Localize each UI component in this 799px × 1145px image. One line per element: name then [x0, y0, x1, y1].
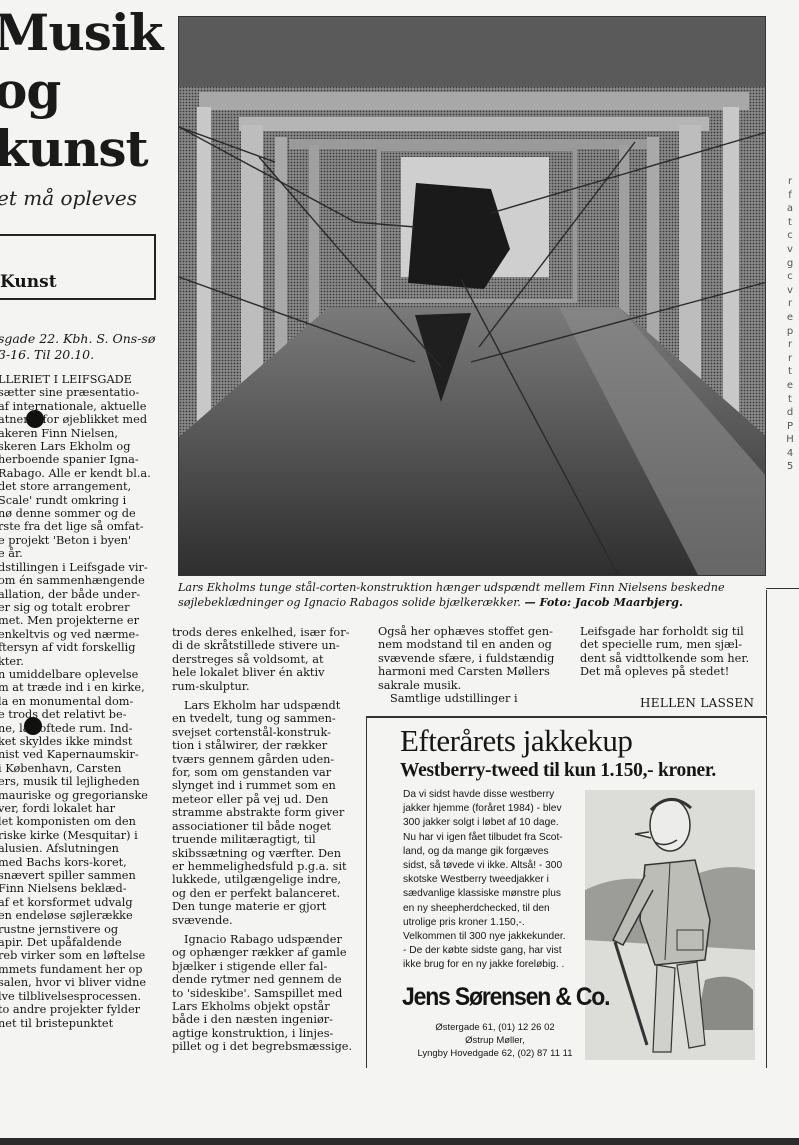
adjacent-column-fragment: rfatcvgcvreprrtetdPH45: [784, 175, 796, 474]
article-text-line: af et korsformet udvalg: [0, 896, 156, 909]
man-with-cane-icon: [585, 790, 755, 1060]
article-text-line: associationer til både noget: [172, 820, 364, 833]
article-text-line: dent så vidttolkende som her.: [580, 652, 770, 665]
article-text-line: Det må opleves på stedet!: [580, 665, 770, 678]
article-text-line: Rabago. Alle er kendt bl.a.: [0, 467, 156, 480]
article-text-line: skeren Lars Ekholm og: [0, 440, 156, 453]
article-text-line: la en monumental dom-: [0, 695, 156, 708]
ad-text-line: Velkommen til 300 nye jakkekunder.: [403, 930, 593, 944]
article-text-line: Leifsgade har forholdt sig til: [580, 625, 770, 638]
article-text-line: rum-skulptur.: [172, 680, 364, 693]
article-text-line: ftersyn af vidt forskellig: [0, 641, 156, 654]
article-text-line: med Bachs kors-koret,: [0, 856, 156, 869]
fragment-char: p: [784, 325, 796, 339]
fragment-char: f: [784, 189, 796, 203]
ad-text-line: Da vi sidst havde disse westberry: [403, 788, 593, 802]
fragment-char: g: [784, 257, 796, 271]
article-text-line: akeren Finn Nielsen,: [0, 427, 156, 440]
article-text-line: det store arrangement,: [0, 480, 156, 493]
article-text-line: svævende sfære, i fuldstændig: [378, 652, 573, 665]
article-text-line: er sig og totalt erobrer: [0, 601, 156, 614]
store-logo: Jens Sørensen & Co.: [402, 983, 609, 1012]
ad-illustration: [585, 790, 755, 1060]
article-text-line: nist ved Kapernaumskir-: [0, 748, 156, 761]
article-text-line: for, som om genstanden var: [172, 766, 364, 779]
article-text-line: n umiddelbare oplevelse: [0, 668, 156, 681]
article-text-line: Scale' rundt omkring i: [0, 494, 156, 507]
ad-text-line: land, og da mange gik forgæves: [403, 845, 593, 859]
article-headline: Musik og kunst: [0, 4, 163, 178]
article-text-line: met. Men projekterne er: [0, 614, 156, 627]
article-fourth-column: Leifsgade har forholdt sig tildet specie…: [580, 625, 770, 679]
article-text-line: stramme abstrakte form giver: [172, 806, 364, 819]
ad-text-line: Nu har vi igen fået tilbudet fra Scot-: [403, 831, 593, 845]
fragment-char: r: [784, 338, 796, 352]
ad-title: Efterårets jakkekup: [400, 724, 632, 758]
article-text-line: tion i stålwirer, der rækker: [172, 739, 364, 752]
fragment-char: a: [784, 202, 796, 216]
article-text-line: om én sammenhængende: [0, 574, 156, 587]
article-text-line: sakrale musik.: [378, 679, 573, 692]
print-blot-icon: [24, 717, 42, 735]
article-text-line: slynget ind i rummet som en: [172, 779, 364, 792]
article-text-line: Lars Ekholm har udspændt: [172, 699, 364, 712]
article-text-line: nø denne sommer og de: [0, 507, 156, 520]
article-text-line: harmoni med Carsten Møllers: [378, 665, 573, 678]
article-text-line: alusien. Afslutningen: [0, 842, 156, 855]
article-text-line: mauriske og gregorianske: [0, 789, 156, 802]
section-label: Kunst: [0, 272, 57, 292]
sculpture-photo-icon: [179, 17, 766, 576]
fragment-char: t: [784, 216, 796, 230]
store-addresses: Østergade 61, (01) 12 26 02 Østrup Mølle…: [400, 1021, 590, 1060]
article-text-line: en endeløse søjlerække: [0, 909, 156, 922]
fragment-char: v: [784, 243, 796, 257]
article-text-line: reb virker som en løftelse: [0, 949, 156, 962]
article-text-line: trods deres enkelhed, især for-: [172, 626, 364, 639]
ad-text-line: sædvanlige klassiske mønstre plus: [403, 887, 593, 901]
article-text-line: mmets fundament her op: [0, 963, 156, 976]
article-text-line: lve tilblivelsesprocessen.: [0, 990, 156, 1003]
ad-text-line: skotske Westberry tweedjakker i: [403, 873, 593, 887]
article-text-line: meteor eller på vej ud. Den: [172, 793, 364, 806]
exhibition-address: sgade 22. Kbh. S. Ons-sø 3-16. Til 20.10…: [0, 331, 163, 363]
ad-body-text: Da vi sidst havde disse westberryjakker …: [403, 788, 593, 973]
article-text-line: af internationale, aktuelle: [0, 400, 156, 413]
article-text-line: m at træde ind i en kirke,: [0, 681, 156, 694]
article-text-line: både i den næsten ingeniør-: [172, 1013, 364, 1026]
article-text-line: net til bristepunktet: [0, 1017, 156, 1030]
article-text-line: Ignacio Rabago udspænder: [172, 933, 364, 946]
article-text-line: rste fra det lige så omfat-: [0, 520, 156, 533]
address-line: sgade 22. Kbh. S. Ons-sø: [0, 331, 163, 347]
fragment-char: H: [784, 433, 796, 447]
article-text-line: pillet og i det begrebsmæssige.: [172, 1040, 364, 1053]
article-text-line: Den tunge materie er gjort: [172, 900, 364, 913]
article-text-line: og ophænger rækker af gamle: [172, 946, 364, 959]
article-text-line: sætter sine præsentatio-: [0, 386, 156, 399]
headline-line-2: og: [0, 62, 163, 120]
article-text-line: Samtlige udstillinger i: [378, 692, 573, 705]
article-text-line: derstreges så voldsomt, at: [172, 653, 364, 666]
article-text-line: tværs gennem gården uden-: [172, 753, 364, 766]
article-text-line: let komponisten om den: [0, 815, 156, 828]
article-text-line: og den er perfekt balanceret.: [172, 887, 364, 900]
article-text-line: apir. Det upåfaldende: [0, 936, 156, 949]
article-text-line: svævende.: [172, 914, 364, 927]
article-text-line: snævert spiller sammen: [0, 869, 156, 882]
headline-line-1: Musik: [0, 4, 163, 62]
fragment-char: r: [784, 297, 796, 311]
article-text-line: det specielle rum, men sjæl-: [580, 638, 770, 651]
fragment-char: e: [784, 379, 796, 393]
article-left-column: LLERIET I LEIFSGADEsætter sine præsentat…: [0, 373, 156, 1030]
article-text-line: e trods det relativt be-: [0, 708, 156, 721]
section-info-box: Kunst: [0, 234, 156, 300]
fragment-char: d: [784, 406, 796, 420]
article-text-line: salen, hvor vi bliver vidne: [0, 976, 156, 989]
article-subheadline: et må opleves: [0, 186, 137, 210]
article-middle-column: trods deres enkelhed, især for-di de skr…: [172, 626, 364, 1054]
article-text-line: rustne jernstivere og: [0, 923, 156, 936]
article-text-line: Lars Ekholms objekt opstår: [172, 1000, 364, 1013]
article-text-line: di de skråtstillede stivere un-: [172, 639, 364, 652]
article-text-line: lukkede, utilgængelige indre,: [172, 873, 364, 886]
fragment-char: r: [784, 175, 796, 189]
article-text-line: er hemmelighedsfuld p.g.a. sit: [172, 860, 364, 873]
article-text-line: i København, Carsten: [0, 762, 156, 775]
article-text-line: bjælker i stigende eller fal-: [172, 960, 364, 973]
headline-line-3: kunst: [0, 120, 163, 178]
address-line: 3-16. Til 20.10.: [0, 347, 163, 363]
ad-border-right: [766, 716, 767, 1068]
article-text-line: truende militæragtigt, til: [172, 833, 364, 846]
article-text-line: atnere, for øjeblikket med: [0, 413, 156, 426]
store-address-line: Lyngby Hovedgade 62, (02) 87 11 11: [400, 1047, 590, 1060]
ad-subtitle: Westberry-tweed til kun 1.150,- kroner.: [400, 760, 716, 782]
article-text-line: kter.: [0, 655, 156, 668]
ad-text-line: 300 jakker solgt i løbet af 10 dage.: [403, 816, 593, 830]
article-text-line: ket skyldes ikke mindst: [0, 735, 156, 748]
article-text-line: enkeltvis og ved nærme-: [0, 628, 156, 641]
ad-text-line: ikke brug for en ny jakke foreløbig. .: [403, 958, 593, 972]
article-text-line: hele lokalet bliver én aktiv: [172, 666, 364, 679]
article-text-line: Også her ophæves stoffet gen-: [378, 625, 573, 638]
author-byline: HELLEN LASSEN: [640, 696, 754, 710]
scan-edge: [0, 1138, 799, 1145]
article-text-line: allation, der både under-: [0, 588, 156, 601]
article-text-line: en tvedelt, tung og sammen-: [172, 712, 364, 725]
article-third-column: Også her ophæves stoffet gen-nem modstan…: [378, 625, 573, 705]
fragment-char: 5: [784, 460, 796, 474]
article-text-line: nem modstand til en anden og: [378, 638, 573, 651]
fragment-char: t: [784, 393, 796, 407]
fragment-char: v: [784, 284, 796, 298]
article-text-line: dstillingen i Leifsgade vir-: [0, 561, 156, 574]
article-text-line: herboende spanier Igna-: [0, 453, 156, 466]
article-text-line: riske kirke (Mesquitar) i: [0, 829, 156, 842]
photo-caption: Lars Ekholms tunge stål-corten-konstrukt…: [178, 580, 778, 610]
article-text-line: Finn Nielsens beklæd-: [0, 882, 156, 895]
fragment-char: c: [784, 229, 796, 243]
print-blot-icon: [26, 410, 44, 428]
fragment-char: P: [784, 420, 796, 434]
article-text-line: LLERIET I LEIFSGADE: [0, 373, 156, 386]
article-text-line: e år.: [0, 547, 156, 560]
article-text-line: agtige konstruktion, i linjes-: [172, 1027, 364, 1040]
fragment-char: 4: [784, 447, 796, 461]
article-text-line: svejset cortenstål-konstruk-: [172, 726, 364, 739]
article-text-line: to andre projekter fylder: [0, 1003, 156, 1016]
article-text-line: ers, musik til lejligheden: [0, 775, 156, 788]
ad-text-line: utrolige pris kroner 1.150,-.: [403, 916, 593, 930]
article-text-line: e projekt 'Beton i byen': [0, 534, 156, 547]
article-photo: [178, 16, 766, 576]
ad-text-line: - De der købte sidste gang, har vist: [403, 944, 593, 958]
ad-text-line: sidst, så tøvede vi ikke. Altså! - 300: [403, 859, 593, 873]
fragment-char: e: [784, 311, 796, 325]
store-address-line: Østrup Møller,: [400, 1034, 590, 1047]
article-text-line: dende rytmer ned gennem de: [172, 973, 364, 986]
article-text-line: ver, fordi lokalet har: [0, 802, 156, 815]
fragment-char: c: [784, 270, 796, 284]
column-rule: [766, 590, 767, 715]
fragment-char: r: [784, 352, 796, 366]
fragment-char: t: [784, 365, 796, 379]
ad-text-line: en ny sheepherdchecked, til den: [403, 902, 593, 916]
article-text-line: skibssætning og værfter. Den: [172, 847, 364, 860]
column-rule: [766, 588, 799, 589]
ad-text-line: jakker hjemme (foråret 1984) - blev: [403, 802, 593, 816]
article-text-line: to 'sideskibe'. Samspillet med: [172, 987, 364, 1000]
photo-credit: — Foto: Jacob Maarbjerg.: [524, 595, 682, 609]
store-address-line: Østergade 61, (01) 12 26 02: [400, 1021, 590, 1034]
